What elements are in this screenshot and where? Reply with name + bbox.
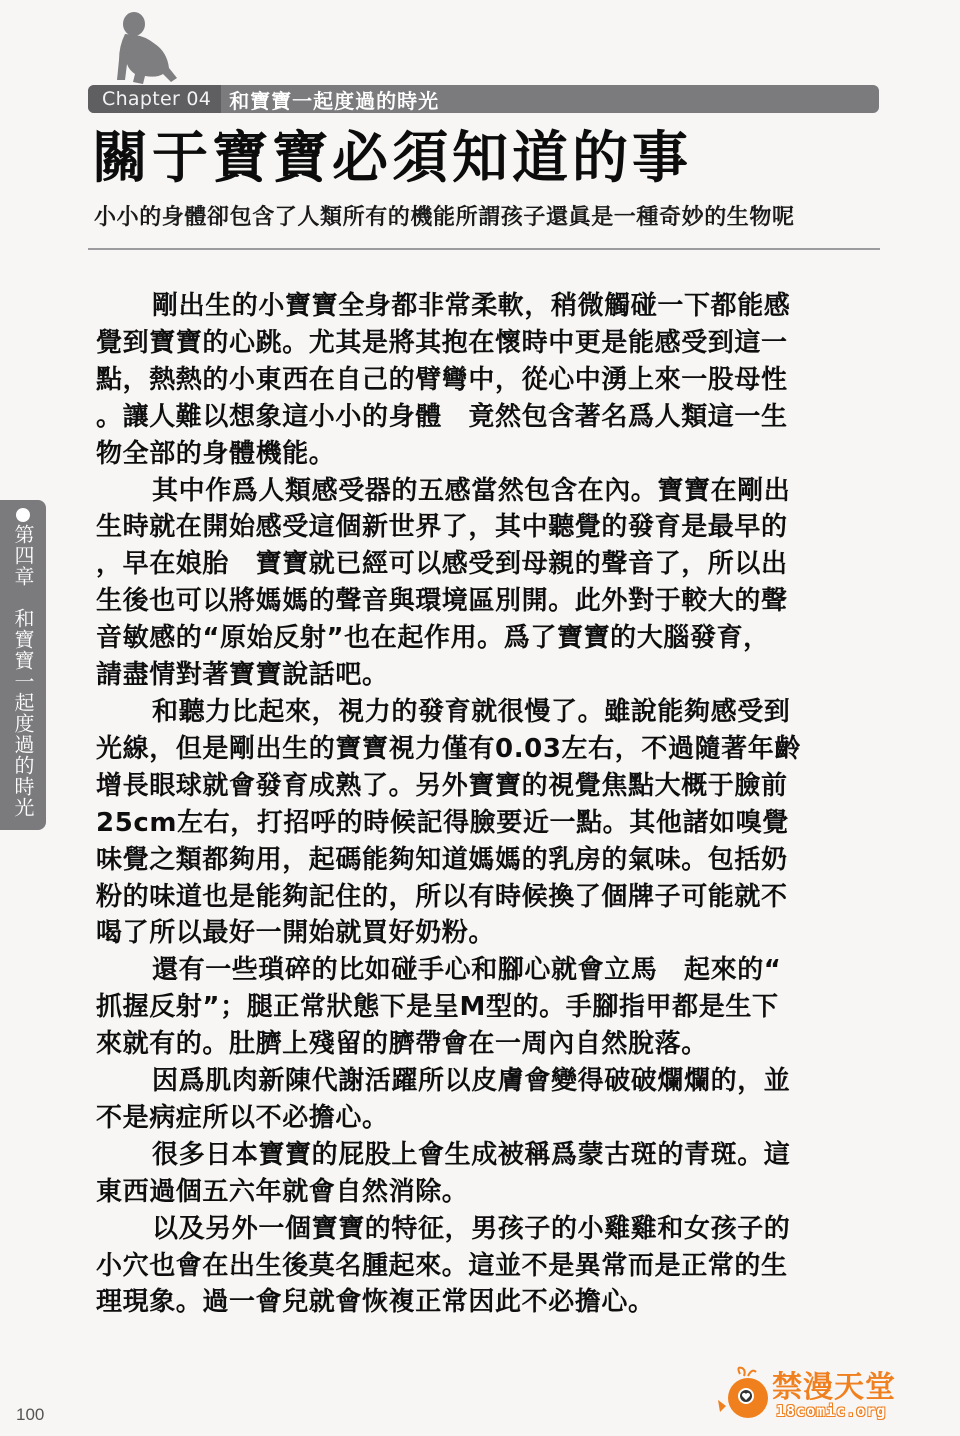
body-line: 以及另外一個寶寶的特征，男孩子的小雞雞和女孩子的 — [96, 1211, 871, 1248]
page-title: 關于寶寶必須知道的事 — [92, 124, 692, 194]
body-line: 還有一些瑣碎的比如碰手心和腳心就會立馬 起來的“ — [96, 952, 871, 989]
orange-whale-heart-logo-icon — [718, 1366, 774, 1422]
page-subtitle: 小小的身體卻包含了人類所有的機能所謂孩子還眞是一種奇妙的生物呢 — [94, 200, 795, 231]
body-text: 剛出生的小寶寶全身都非常柔軟，稍微觸碰一下都能感 覺到寶寶的心跳。尤其是將其抱在… — [96, 288, 871, 1321]
body-line: 音敏感的“原始反射”也在起作用。爲了寶寶的大腦發育， — [96, 620, 871, 657]
body-line: 很多日本寶寶的屁股上會生成被稱爲蒙古斑的青斑。這 — [96, 1137, 871, 1174]
body-line: 和聽力比起來，視力的發育就很慢了。雖說能夠感受到 — [96, 694, 871, 731]
side-tab-text: 第四章 和寶寶一起度過的時光 — [12, 524, 34, 818]
body-line: 光線，但是剛出生的寶寶視力僅有0.03左右，不過隨著年齡 — [96, 731, 871, 768]
chapter-number: Chapter 04 — [88, 85, 221, 113]
body-line: 其中作爲人類感受器的五感當然包含在內。寶寶在剛出 — [96, 473, 871, 510]
body-line: 不是病症所以不必擔心。 — [96, 1100, 871, 1137]
crawling-baby-silhouette-icon — [113, 8, 178, 86]
divider — [88, 248, 880, 250]
chapter-title: 和寶寶一起度過的時光 — [221, 85, 439, 113]
watermark-url: 18comic.org — [776, 1402, 886, 1420]
body-line: 。讓人難以想象這小小的身體 竟然包含著名爲人類這一生 — [96, 399, 871, 436]
body-line: 生後也可以將媽媽的聲音與環境區別開。此外對于較大的聲 — [96, 583, 871, 620]
body-line: 點，熱熱的小東西在自己的臂彎中，從心中湧上來一股母性 — [96, 362, 871, 399]
body-line: 東西過個五六年就會自然消除。 — [96, 1174, 871, 1211]
body-line: 物全部的身體機能。 — [96, 436, 871, 473]
body-line: 25cm左右，打招呼的時候記得臉要近一點。其他諸如嗅覺 — [96, 805, 871, 842]
bullet-dot-icon — [16, 508, 30, 522]
chapter-side-tab: 第四章 和寶寶一起度過的時光 — [0, 500, 46, 830]
body-line: 覺到寶寶的心跳。尤其是將其抱在懷時中更是能感受到這一 — [96, 325, 871, 362]
body-line: 理現象。過一會兒就會恢複正常因此不必擔心。 — [96, 1284, 871, 1321]
page-number: 100 — [16, 1405, 44, 1425]
body-line: 粉的味道也是能夠記住的，所以有時候換了個牌子可能就不 — [96, 879, 871, 916]
body-line: 來就有的。肚臍上殘留的臍帶會在一周內自然脫落。 — [96, 1026, 871, 1063]
body-line: 小穴也會在出生後莫名腫起來。這並不是異常而是正常的生 — [96, 1248, 871, 1285]
body-line: 請盡情對著寶寶說話吧。 — [96, 657, 871, 694]
body-line: 增長眼球就會發育成熟了。另外寶寶的視覺焦點大概于臉前 — [96, 768, 871, 805]
body-line: 喝了所以最好一開始就買好奶粉。 — [96, 915, 871, 952]
body-line: 生時就在開始感受這個新世界了，其中聽覺的發育是最早的 — [96, 509, 871, 546]
body-line: 味覺之類都夠用，起碼能夠知道媽媽的乳房的氣味。包括奶 — [96, 842, 871, 879]
watermark: 禁漫天堂 18comic.org — [712, 1358, 912, 1428]
body-line: 抓握反射”；腿正常狀態下是呈M型的。手腳指甲都是生下 — [96, 989, 871, 1026]
watermark-title: 禁漫天堂 — [772, 1362, 896, 1406]
chapter-header-bar: Chapter 04 和寶寶一起度過的時光 — [88, 85, 879, 113]
body-line: 剛出生的小寶寶全身都非常柔軟，稍微觸碰一下都能感 — [96, 288, 871, 325]
body-line: ，早在娘胎 寶寶就已經可以感受到母親的聲音了，所以出 — [96, 546, 871, 583]
body-line: 因爲肌肉新陳代謝活躍所以皮膚會變得破破爛爛的，並 — [96, 1063, 871, 1100]
